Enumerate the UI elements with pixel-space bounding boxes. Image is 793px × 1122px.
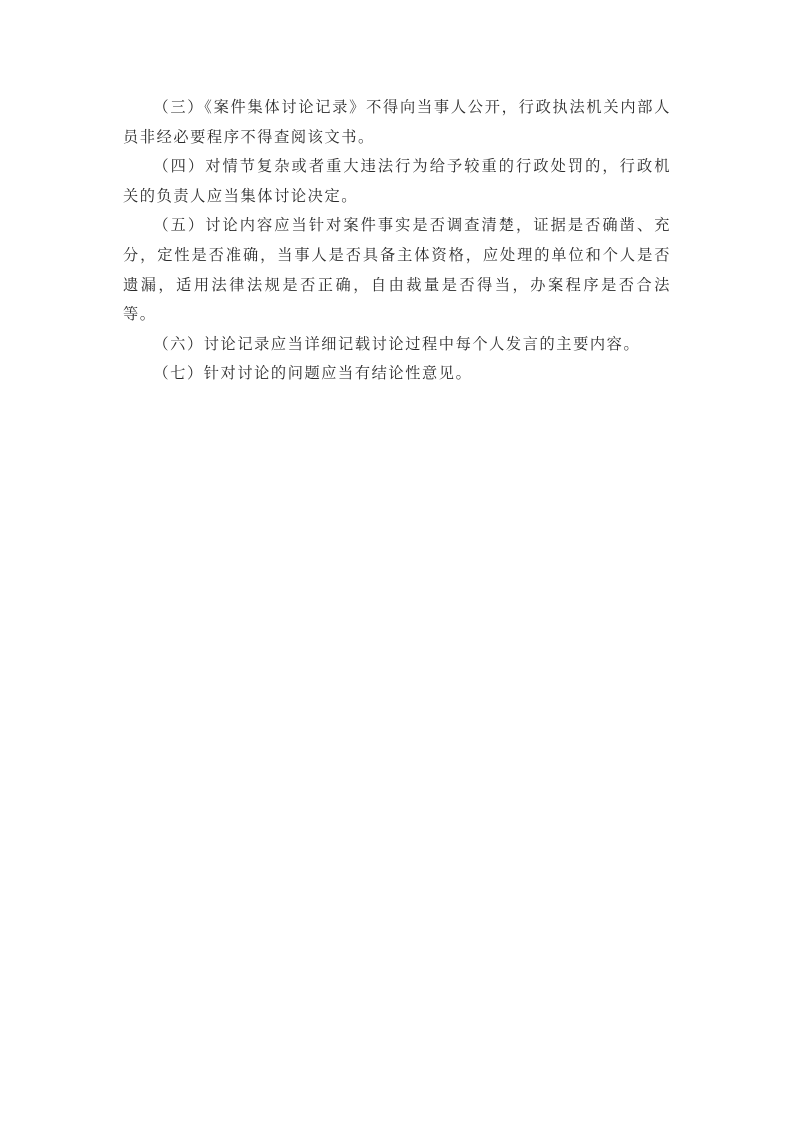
paragraph-item-4: （四）对情节复杂或者重大违法行为给予较重的行政处罚的，行政机关的负责人应当集体讨… <box>123 152 671 211</box>
paragraph-item-7: （七）针对讨论的问题应当有结论性意见。 <box>123 359 671 389</box>
document-body: （三）《案件集体讨论记录》不得向当事人公开，行政执法机关内部人员非经必要程序不得… <box>123 93 671 389</box>
paragraph-item-5: （五）讨论内容应当针对案件事实是否调查清楚，证据是否确凿、充分，定性是否准确，当… <box>123 211 671 329</box>
paragraph-item-6: （六）讨论记录应当详细记载讨论过程中每个人发言的主要内容。 <box>123 330 671 360</box>
paragraph-item-3: （三）《案件集体讨论记录》不得向当事人公开，行政执法机关内部人员非经必要程序不得… <box>123 93 671 152</box>
document-page: （三）《案件集体讨论记录》不得向当事人公开，行政执法机关内部人员非经必要程序不得… <box>0 0 793 1122</box>
